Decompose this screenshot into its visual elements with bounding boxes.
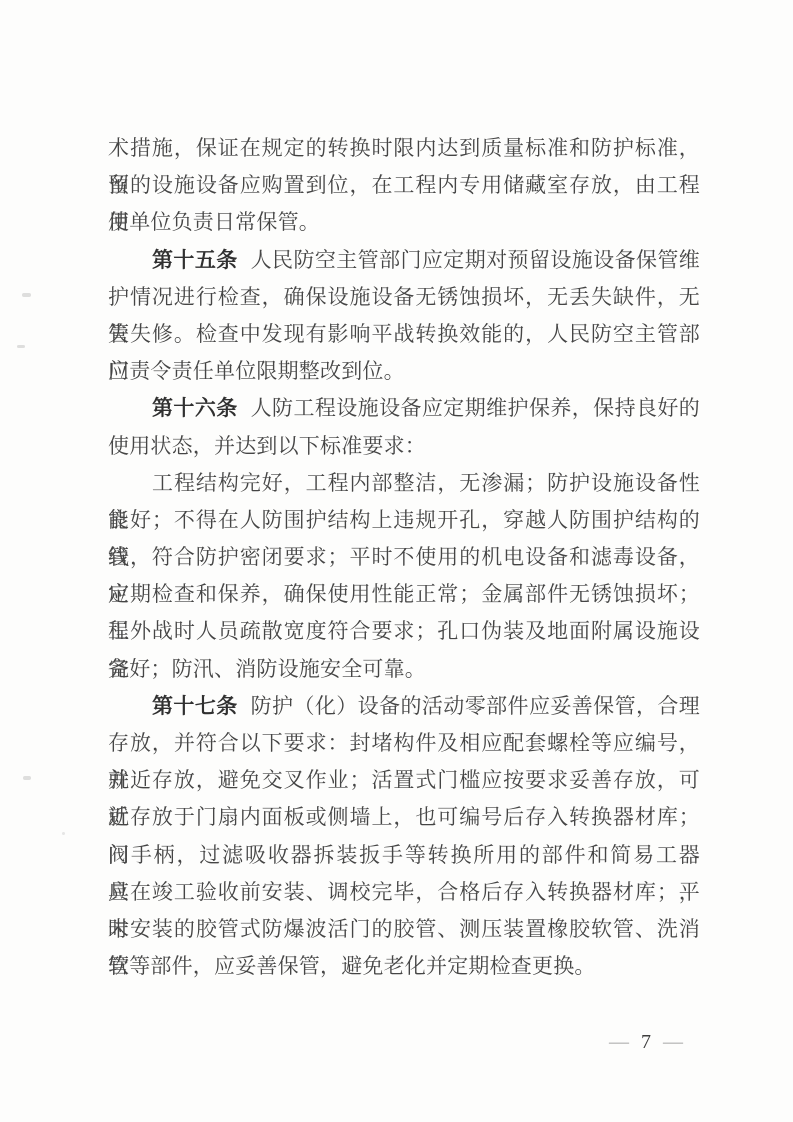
text-line: 使用状态，并达到以下标准要求： (108, 428, 700, 465)
text-line: 完好；防汛、消防设施安全可靠。 (108, 651, 700, 688)
text-line: 未安装的胶管式防爆波活门的胶管、测压装置橡胶软管、洗消软 (108, 911, 700, 948)
text-line: 第十七条防护（化）设备的活动零部件应妥善保管，合理 (108, 688, 700, 725)
paragraph: 第十六条人防工程设施设备应定期维护保养，保持良好的使用状态，并达到以下标准要求： (108, 390, 700, 464)
text-line: 第十五条人民防空主管部门应定期对预留设施设备保管维 (108, 242, 700, 279)
scan-artifact (62, 832, 65, 835)
article-number: 第十五条 (152, 248, 238, 272)
scan-artifact (17, 345, 25, 348)
scan-artifact (23, 776, 31, 780)
paragraph: 第十五条人民防空主管部门应定期对预留设施设备保管维护情况进行检查，确保设施设备无… (108, 242, 700, 391)
text-line: 术措施，保证在规定的转换时限内达到质量标准和防护标准，预 (108, 130, 700, 167)
text-line: 就近存放，避免交叉作业；活置式门槛应按要求妥善存放，可就 (108, 762, 700, 799)
text-line: 程外战时人员疏散宽度符合要求；孔口伪装及地面附属设施设备 (108, 613, 700, 650)
footer-dash-right: — (663, 1032, 683, 1051)
paragraph: 术措施，保证在规定的转换时限内达到质量标准和防护标准，预留的设施设备应购置到位，… (108, 130, 700, 242)
text-line: 良好；不得在人防围护结构上违规开孔，穿越人防围护结构的管 (108, 502, 700, 539)
scan-artifact (22, 293, 31, 297)
text-line: 管失修。检查中发现有影响平战转换效能的，人民防空主管部门 (108, 316, 700, 353)
text-line: 管等部件，应妥善保管，避免老化并定期检查更换。 (108, 948, 700, 985)
document-body: 术措施，保证在规定的转换时限内达到质量标准和防护标准，预留的设施设备应购置到位，… (108, 130, 700, 985)
paragraph: 工程结构完好，工程内部整洁，无渗漏；防护设施设备性能良好；不得在人防围护结构上违… (108, 465, 700, 688)
text-line: 用单位负责日常保管。 (108, 204, 700, 241)
text-line: 存放，并符合以下要求：封堵构件及相应配套螺栓等应编号，并 (108, 725, 700, 762)
text-line: 应在竣工验收前安装、调校完毕，合格后存入转换器材库；平时 (108, 874, 700, 911)
text-line: 应责令责任单位限期整改到位。 (108, 353, 700, 390)
page-number: 7 (641, 1030, 651, 1054)
text-line: 线，符合防护密闭要求；平时不使用的机电设备和滤毒设备，应 (108, 539, 700, 576)
paragraph: 第十七条防护（化）设备的活动零部件应妥善保管，合理存放，并符合以下要求：封堵构件… (108, 688, 700, 986)
text-line: 近存放于门扇内面板或侧墙上，也可编号后存入转换器材库；阀 (108, 799, 700, 836)
footer-dash-left: — (609, 1032, 629, 1051)
page-footer: — 7 — (609, 1030, 683, 1054)
text-line: 第十六条人防工程设施设备应定期维护保养，保持良好的 (108, 390, 700, 427)
article-number: 第十七条 (152, 694, 238, 718)
text-line: 留的设施设备应购置到位，在工程内专用储藏室存放，由工程使 (108, 167, 700, 204)
text-line: 门手柄，过滤吸收器拆装扳手等转换所用的部件和简易工器具， (108, 837, 700, 874)
article-number: 第十六条 (152, 396, 238, 420)
document-page: 术措施，保证在规定的转换时限内达到质量标准和防护标准，预留的设施设备应购置到位，… (0, 0, 793, 1122)
text-line: 工程结构完好，工程内部整洁，无渗漏；防护设施设备性能 (108, 465, 700, 502)
text-line: 定期检查和保养，确保使用性能正常；金属部件无锈蚀损坏；工 (108, 576, 700, 613)
text-line: 护情况进行检查，确保设施设备无锈蚀损坏，无丢失缺件，无失 (108, 279, 700, 316)
